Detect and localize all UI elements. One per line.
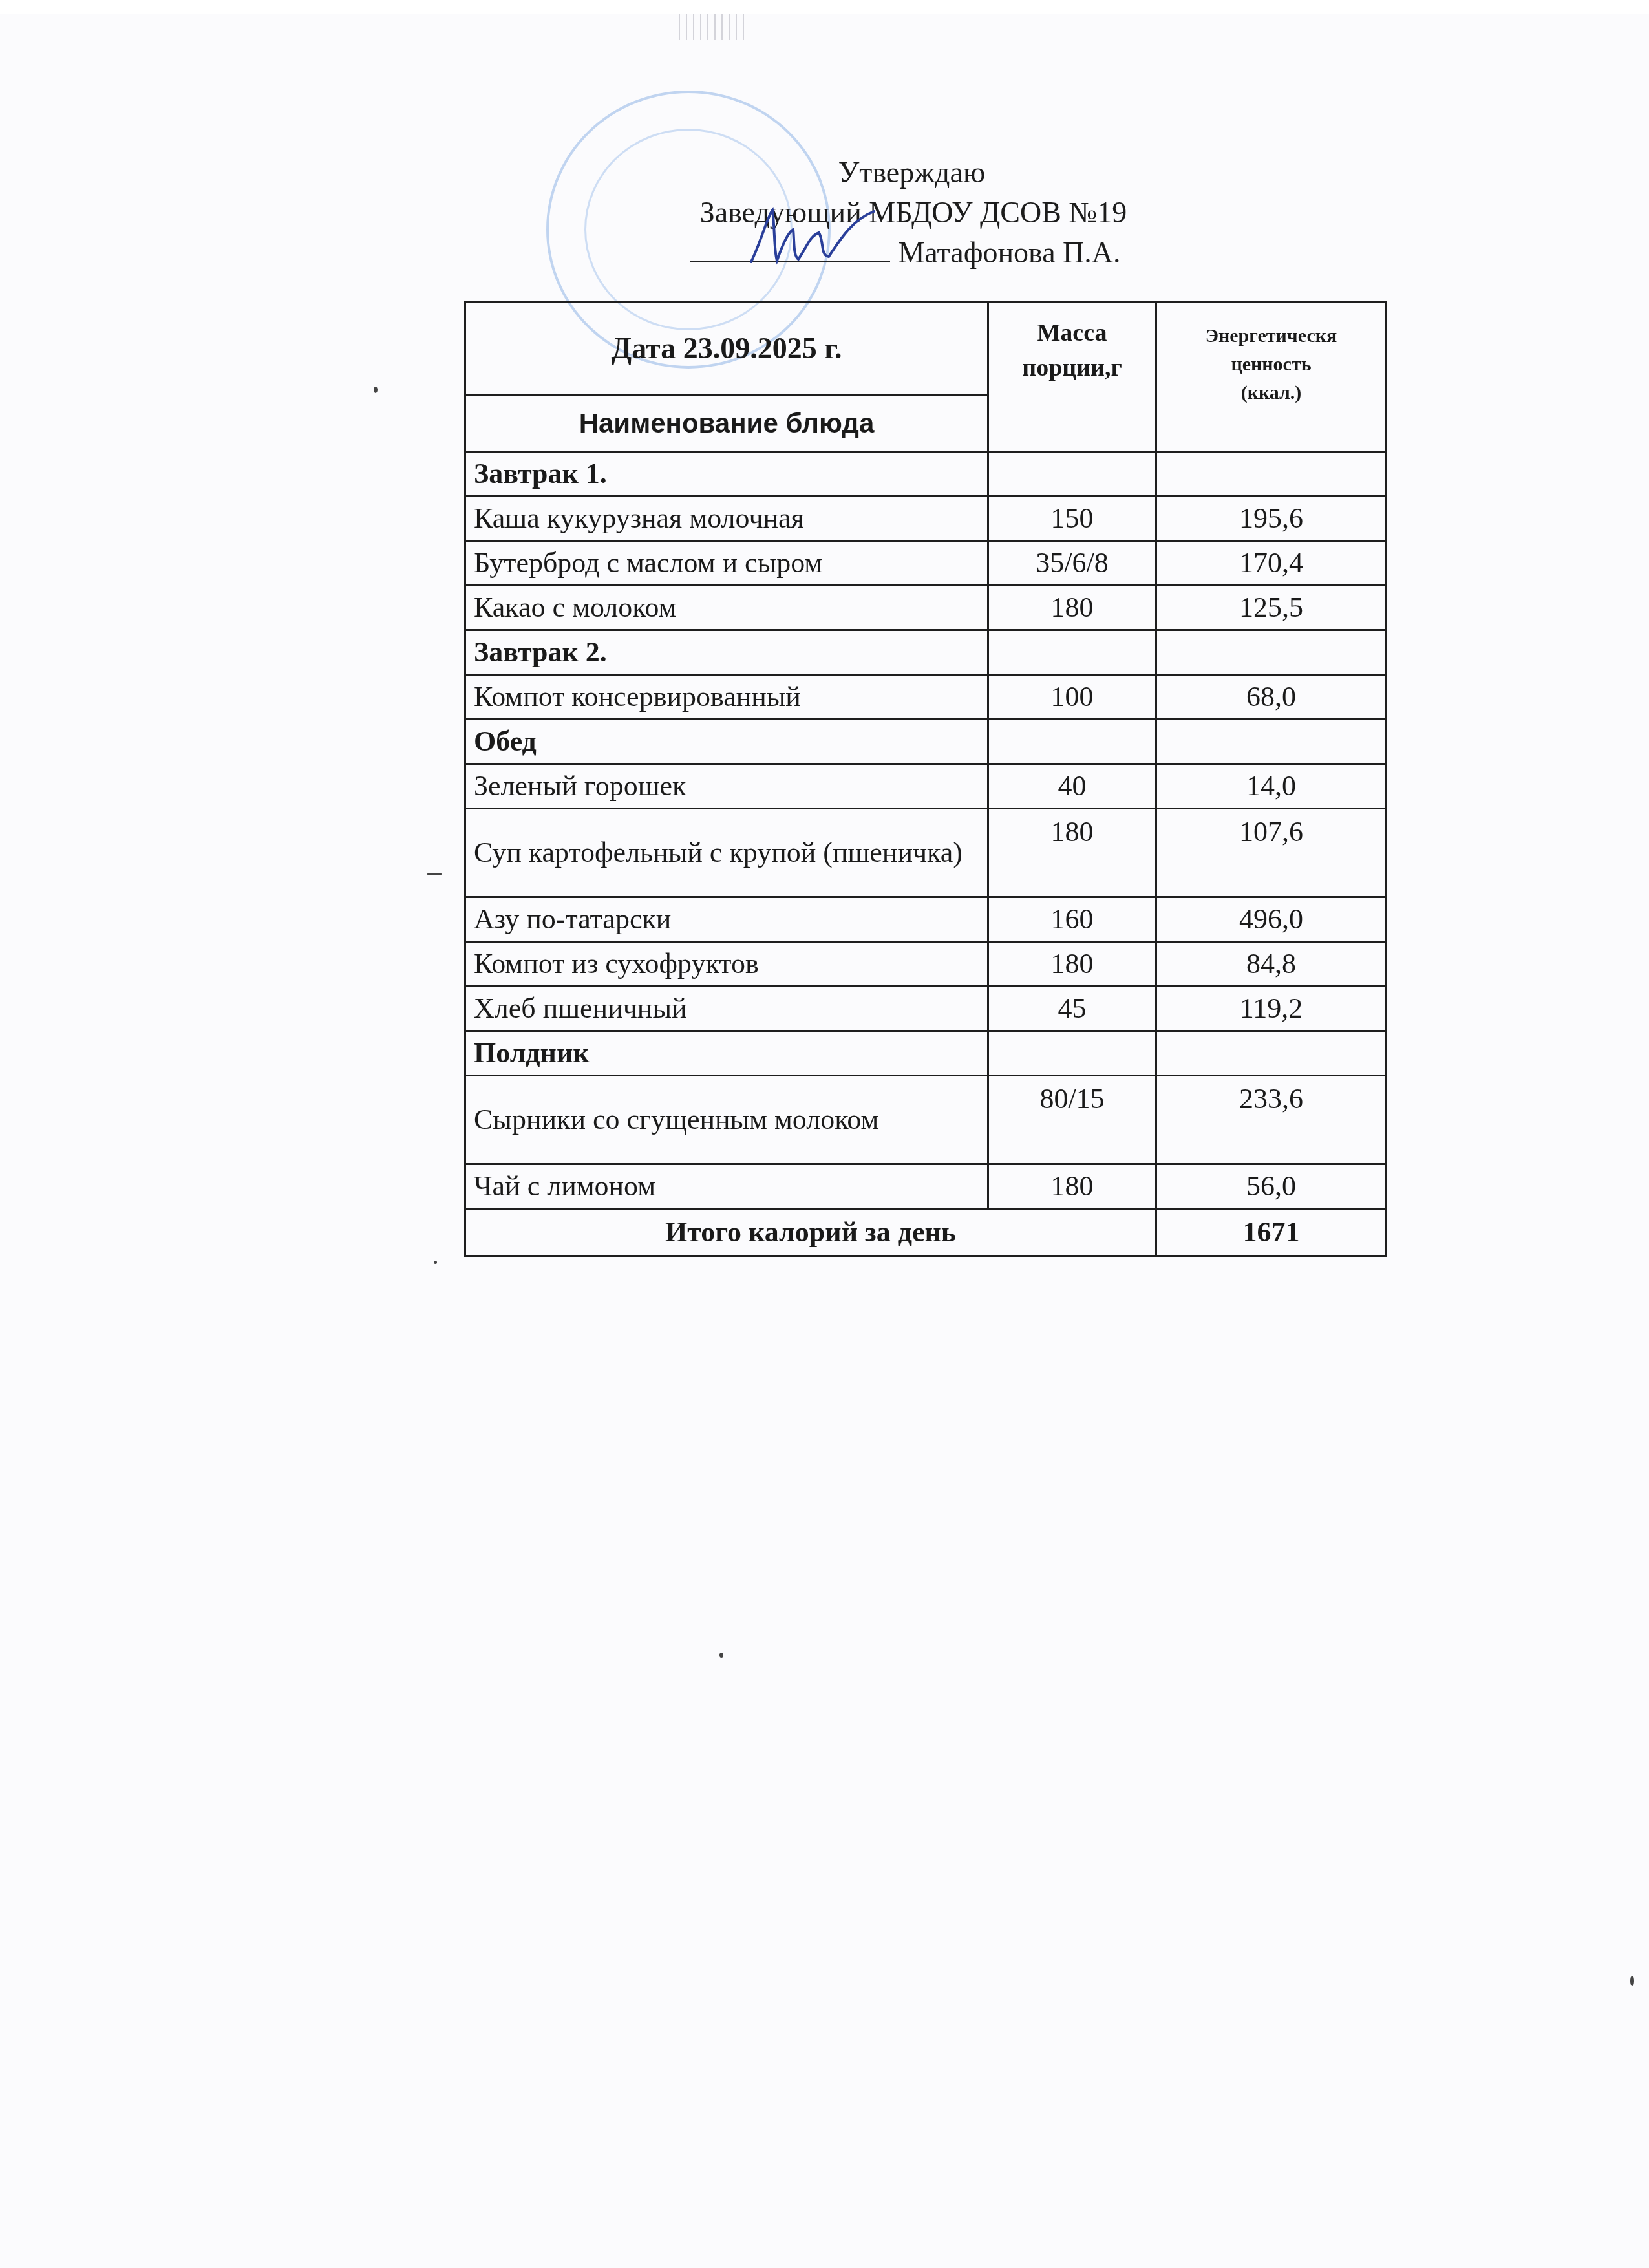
total-label: Итого калорий за день: [465, 1209, 1156, 1256]
table-row: Зеленый горошек4014,0: [465, 764, 1387, 809]
dish-name: Бутерброд с маслом и сыром: [465, 541, 988, 586]
dish-energy: 170,4: [1156, 541, 1387, 586]
dish-energy: 14,0: [1156, 764, 1387, 809]
table-row: Бутерброд с маслом и сыром35/6/8170,4: [465, 541, 1387, 586]
section-row: Обед: [465, 720, 1387, 764]
empty-cell: [988, 1031, 1156, 1076]
scan-speck: [374, 387, 378, 393]
dish-energy: 68,0: [1156, 675, 1387, 720]
header-row: Дата 23.09.2025 г. Масса порции,г Энерге…: [465, 302, 1387, 396]
table-row: Чай с лимоном18056,0: [465, 1164, 1387, 1209]
menu-date: Дата 23.09.2025 г.: [465, 302, 988, 396]
dish-energy: 195,6: [1156, 497, 1387, 541]
dish-name: Хлеб пшеничный: [465, 987, 988, 1031]
dish-energy: 233,6: [1156, 1076, 1387, 1164]
dish-name: Сырники со сгущенным молоком: [465, 1076, 988, 1164]
dish-mass: 180: [988, 809, 1156, 897]
energy-header-line: (ккал.): [1241, 382, 1302, 403]
dish-name: Зеленый горошек: [465, 764, 988, 809]
dish-name: Азу по-татарски: [465, 897, 988, 942]
total-row: Итого калорий за день 1671: [465, 1209, 1387, 1256]
empty-cell: [1156, 720, 1387, 764]
scan-edge: [0, 0, 1649, 14]
dish-mass: 160: [988, 897, 1156, 942]
empty-cell: [1156, 1031, 1387, 1076]
total-value: 1671: [1156, 1209, 1387, 1256]
dish-mass: 45: [988, 987, 1156, 1031]
empty-cell: [988, 452, 1156, 497]
table-row: Хлеб пшеничный45119,2: [465, 987, 1387, 1031]
section-row: Завтрак 2.: [465, 630, 1387, 675]
dish-mass: 180: [988, 586, 1156, 630]
signatory-name: Матафонова П.А.: [898, 236, 1120, 269]
menu-table: Дата 23.09.2025 г. Масса порции,г Энерге…: [464, 301, 1387, 1257]
dish-name: Компот из сухофруктов: [465, 942, 988, 987]
section-row: Завтрак 1.: [465, 452, 1387, 497]
column-header-mass: Масса порции,г: [988, 302, 1156, 452]
scan-speck: [1630, 1976, 1634, 1986]
table-row: Азу по-татарски160496,0: [465, 897, 1387, 942]
dish-mass: 40: [988, 764, 1156, 809]
dish-energy: 496,0: [1156, 897, 1387, 942]
dish-name: Суп картофельный с крупой (пшеничка): [465, 809, 988, 897]
section-title: Полдник: [465, 1031, 988, 1076]
table-row: Компот из сухофруктов18084,8: [465, 942, 1387, 987]
energy-header-line: Энергетическя: [1206, 325, 1337, 347]
dish-energy: 56,0: [1156, 1164, 1387, 1209]
dish-mass: 180: [988, 1164, 1156, 1209]
dish-name: Каша кукурузная молочная: [465, 497, 988, 541]
dish-mass: 80/15: [988, 1076, 1156, 1164]
signature-field: [690, 235, 890, 262]
dish-name: Компот консервированный: [465, 675, 988, 720]
dish-name: Какао с молоком: [465, 586, 988, 630]
column-header-energy: Энергетическя ценность (ккал.): [1156, 302, 1387, 452]
scan-speck: [719, 1653, 723, 1658]
dish-energy: 125,5: [1156, 586, 1387, 630]
dish-mass: 35/6/8: [988, 541, 1156, 586]
section-title: Завтрак 1.: [465, 452, 988, 497]
table-row: Компот консервированный10068,0: [465, 675, 1387, 720]
scan-speck: [434, 1261, 437, 1264]
section-title: Обед: [465, 720, 988, 764]
empty-cell: [1156, 452, 1387, 497]
approval-block: Утверждаю Заведующий МБДОУ ДСОВ №19 Мата…: [0, 153, 1649, 273]
table-row: Какао с молоком180125,5: [465, 586, 1387, 630]
dish-energy: 107,6: [1156, 809, 1387, 897]
dish-mass: 100: [988, 675, 1156, 720]
empty-cell: [1156, 630, 1387, 675]
scan-speck: [427, 873, 442, 875]
dish-name: Чай с лимоном: [465, 1164, 988, 1209]
signature-icon: [748, 204, 877, 268]
dish-energy: 84,8: [1156, 942, 1387, 987]
table-row: Сырники со сгущенным молоком80/15233,6: [465, 1076, 1387, 1164]
empty-cell: [988, 720, 1156, 764]
approval-signature-line: Матафонова П.А.: [0, 233, 1649, 273]
scan-artifact: [679, 14, 750, 40]
dish-energy: 119,2: [1156, 987, 1387, 1031]
dish-mass: 180: [988, 942, 1156, 987]
column-header-dish: Наименование блюда: [465, 396, 988, 452]
approval-title: Утверждаю: [0, 153, 1649, 193]
table-row: Суп картофельный с крупой (пшеничка)1801…: [465, 809, 1387, 897]
dish-mass: 150: [988, 497, 1156, 541]
energy-header-line: ценность: [1231, 354, 1311, 375]
empty-cell: [988, 630, 1156, 675]
table-row: Каша кукурузная молочная150195,6: [465, 497, 1387, 541]
section-row: Полдник: [465, 1031, 1387, 1076]
section-title: Завтрак 2.: [465, 630, 988, 675]
